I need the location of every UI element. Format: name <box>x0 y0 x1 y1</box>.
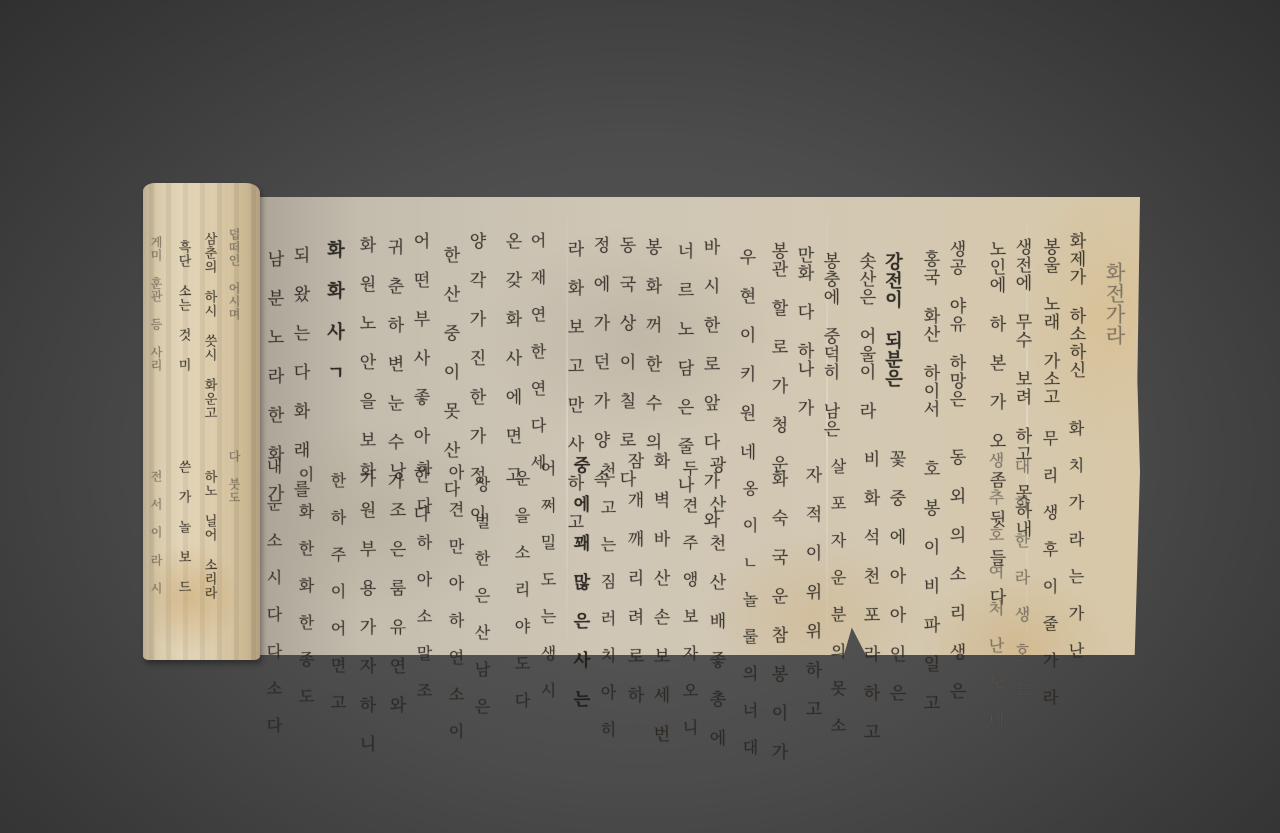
calligraphy-column: 귀 춘 하 변 눈 수 가 <box>382 238 407 490</box>
calligraphy-column: 살 포 자 운 분 의 못 소 <box>826 458 849 734</box>
calligraphy-column: 호 봉 이 비 파 일 고 <box>918 460 943 712</box>
calligraphy-column: 두 견 주 앵 보 자 오 니 <box>678 460 701 736</box>
calligraphy-column: 꽃 중 에 아 아 인 은 <box>884 450 909 702</box>
calligraphy-column: 홍국 화산 하이서 <box>918 250 943 418</box>
calligraphy-column: 내 눈 소 시 다 다 소 다 <box>262 458 285 734</box>
calligraphy-column: 광 산 천 산 배 좋 총 에 <box>704 456 729 747</box>
calligraphy-column: 봉 화 꺼 한 수 의 <box>640 238 665 451</box>
calligraphy-column: 너 르 노 담 은 줄 나 <box>672 242 697 494</box>
calligraphy-column: 봉충에 중덕히 남은 <box>818 252 843 438</box>
calligraphy-column: 화 화 사 ㄱ <box>321 240 347 382</box>
calligraphy-column: 정 에 가 던 가 양 속 <box>588 236 613 488</box>
calligraphy-column: 어 쩌 밀 도 는 생 시 <box>536 460 559 699</box>
calligraphy-column: 덥떠인 어시며 <box>226 228 243 321</box>
calligraphy-column: 되 왔 는 다 화 래 를 <box>288 246 313 498</box>
calligraphy-column: 천 고 는 짐 러 치 아 히 <box>596 462 619 738</box>
calligraphy-column: 상 벌 한 은 산 남 은 <box>470 476 493 715</box>
calligraphy-column: 온 갖 화 사 에 면 고 <box>500 232 525 484</box>
calligraphy-column: 삼춘의 하시 씃시 화운고 <box>200 232 219 420</box>
calligraphy-column: 무 리 생 후 이 줄 가 라 <box>1038 430 1061 706</box>
calligraphy-column: 쓴 가 놀 보 드 <box>174 460 193 594</box>
calligraphy-column: 비 화 석 천 포 라 하 고 <box>858 450 883 741</box>
photo-stage: 덥떠인 어시며삼춘의 하시 씃시 화운고흑단 소는 것 미게미 훈관 등 사리다… <box>0 0 1280 833</box>
calligraphy-column: 생 추 호 여 처 난 보 네 <box>984 452 1007 728</box>
calligraphy-column: 화 원 부 용 가 자 하 니 <box>354 462 379 753</box>
calligraphy-column: 어 재 연 한 연 다 세 <box>526 232 549 471</box>
calligraphy-column: 옹 이 ㄴ 놀 룰 의 너 대 <box>738 480 761 756</box>
calligraphy-column: 낭 조 은 룸 유 연 와 <box>384 462 409 714</box>
calligraphy-column: 중 에 꽤 많 은 사 는 <box>568 456 593 708</box>
calligraphy-column: 다 붓도 <box>226 450 243 504</box>
calligraphy-column: 강전이 되분은 <box>879 252 905 388</box>
calligraphy-column: 하 다 하 아 소 말 조 <box>412 460 435 699</box>
calligraphy-column: 화 숙 국 운 참 봉 이 가 <box>766 470 791 761</box>
calligraphy-column: 생공 야유 하망은 <box>944 240 969 408</box>
calligraphy-column: 솟산은 어울이 라 <box>854 252 879 420</box>
calligraphy-column: 화전가라 <box>1100 262 1129 346</box>
calligraphy-column: 하노 닐어 소리라 <box>200 470 219 600</box>
calligraphy-column: 화 원 노 안 을 보 가 <box>354 236 379 488</box>
calligraphy-column: 이 화 한 화 한 종 도 <box>294 466 317 705</box>
calligraphy-column: 대 화 한 라 생 호 는 <box>1010 458 1033 697</box>
calligraphy-column: 아 견 만 아 하 연 소 이 <box>444 464 467 740</box>
calligraphy-column: 전 서 이 라 시 <box>148 470 165 595</box>
calligraphy-column: 봉울 노래 가소고 <box>1038 238 1063 406</box>
calligraphy-column: 동 국 상 이 칠 로 다 <box>614 236 639 488</box>
calligraphy-column: 화 치 가 라 는 가 난 <box>1064 420 1087 659</box>
calligraphy-column: 화 벽 바 산 손 보 세 번 <box>648 452 673 743</box>
calligraphy-column: 운 을 소 리 야 도 다 <box>510 470 533 709</box>
calligraphy-column: 잠 개 깨 리 려 로 하 <box>622 452 647 704</box>
calligraphy-column: 한 하 주 이 어 면 고 <box>326 472 349 711</box>
calligraphy-column: 만화 다 하나 가 <box>792 246 817 417</box>
calligraphy-column: 동 외 의 소 리 생 은 <box>944 448 969 700</box>
calligraphy-column: 게미 훈관 등 사리 <box>148 236 165 372</box>
calligraphy-column: 봉관 할 로 가 청 운 <box>766 242 791 473</box>
calligraphy-column: 흑단 소는 것 미 <box>174 240 193 372</box>
water-stain <box>153 543 243 653</box>
calligraphy-column: 화제가 하소하신 <box>1064 232 1089 379</box>
calligraphy-column: 자 적 이 위 위 하 고 <box>800 466 825 718</box>
calligraphy-column: 우 현 이 키 원 네 <box>734 248 759 461</box>
calligraphy-column: 한 산 중 이 못 산 다 <box>438 246 463 498</box>
